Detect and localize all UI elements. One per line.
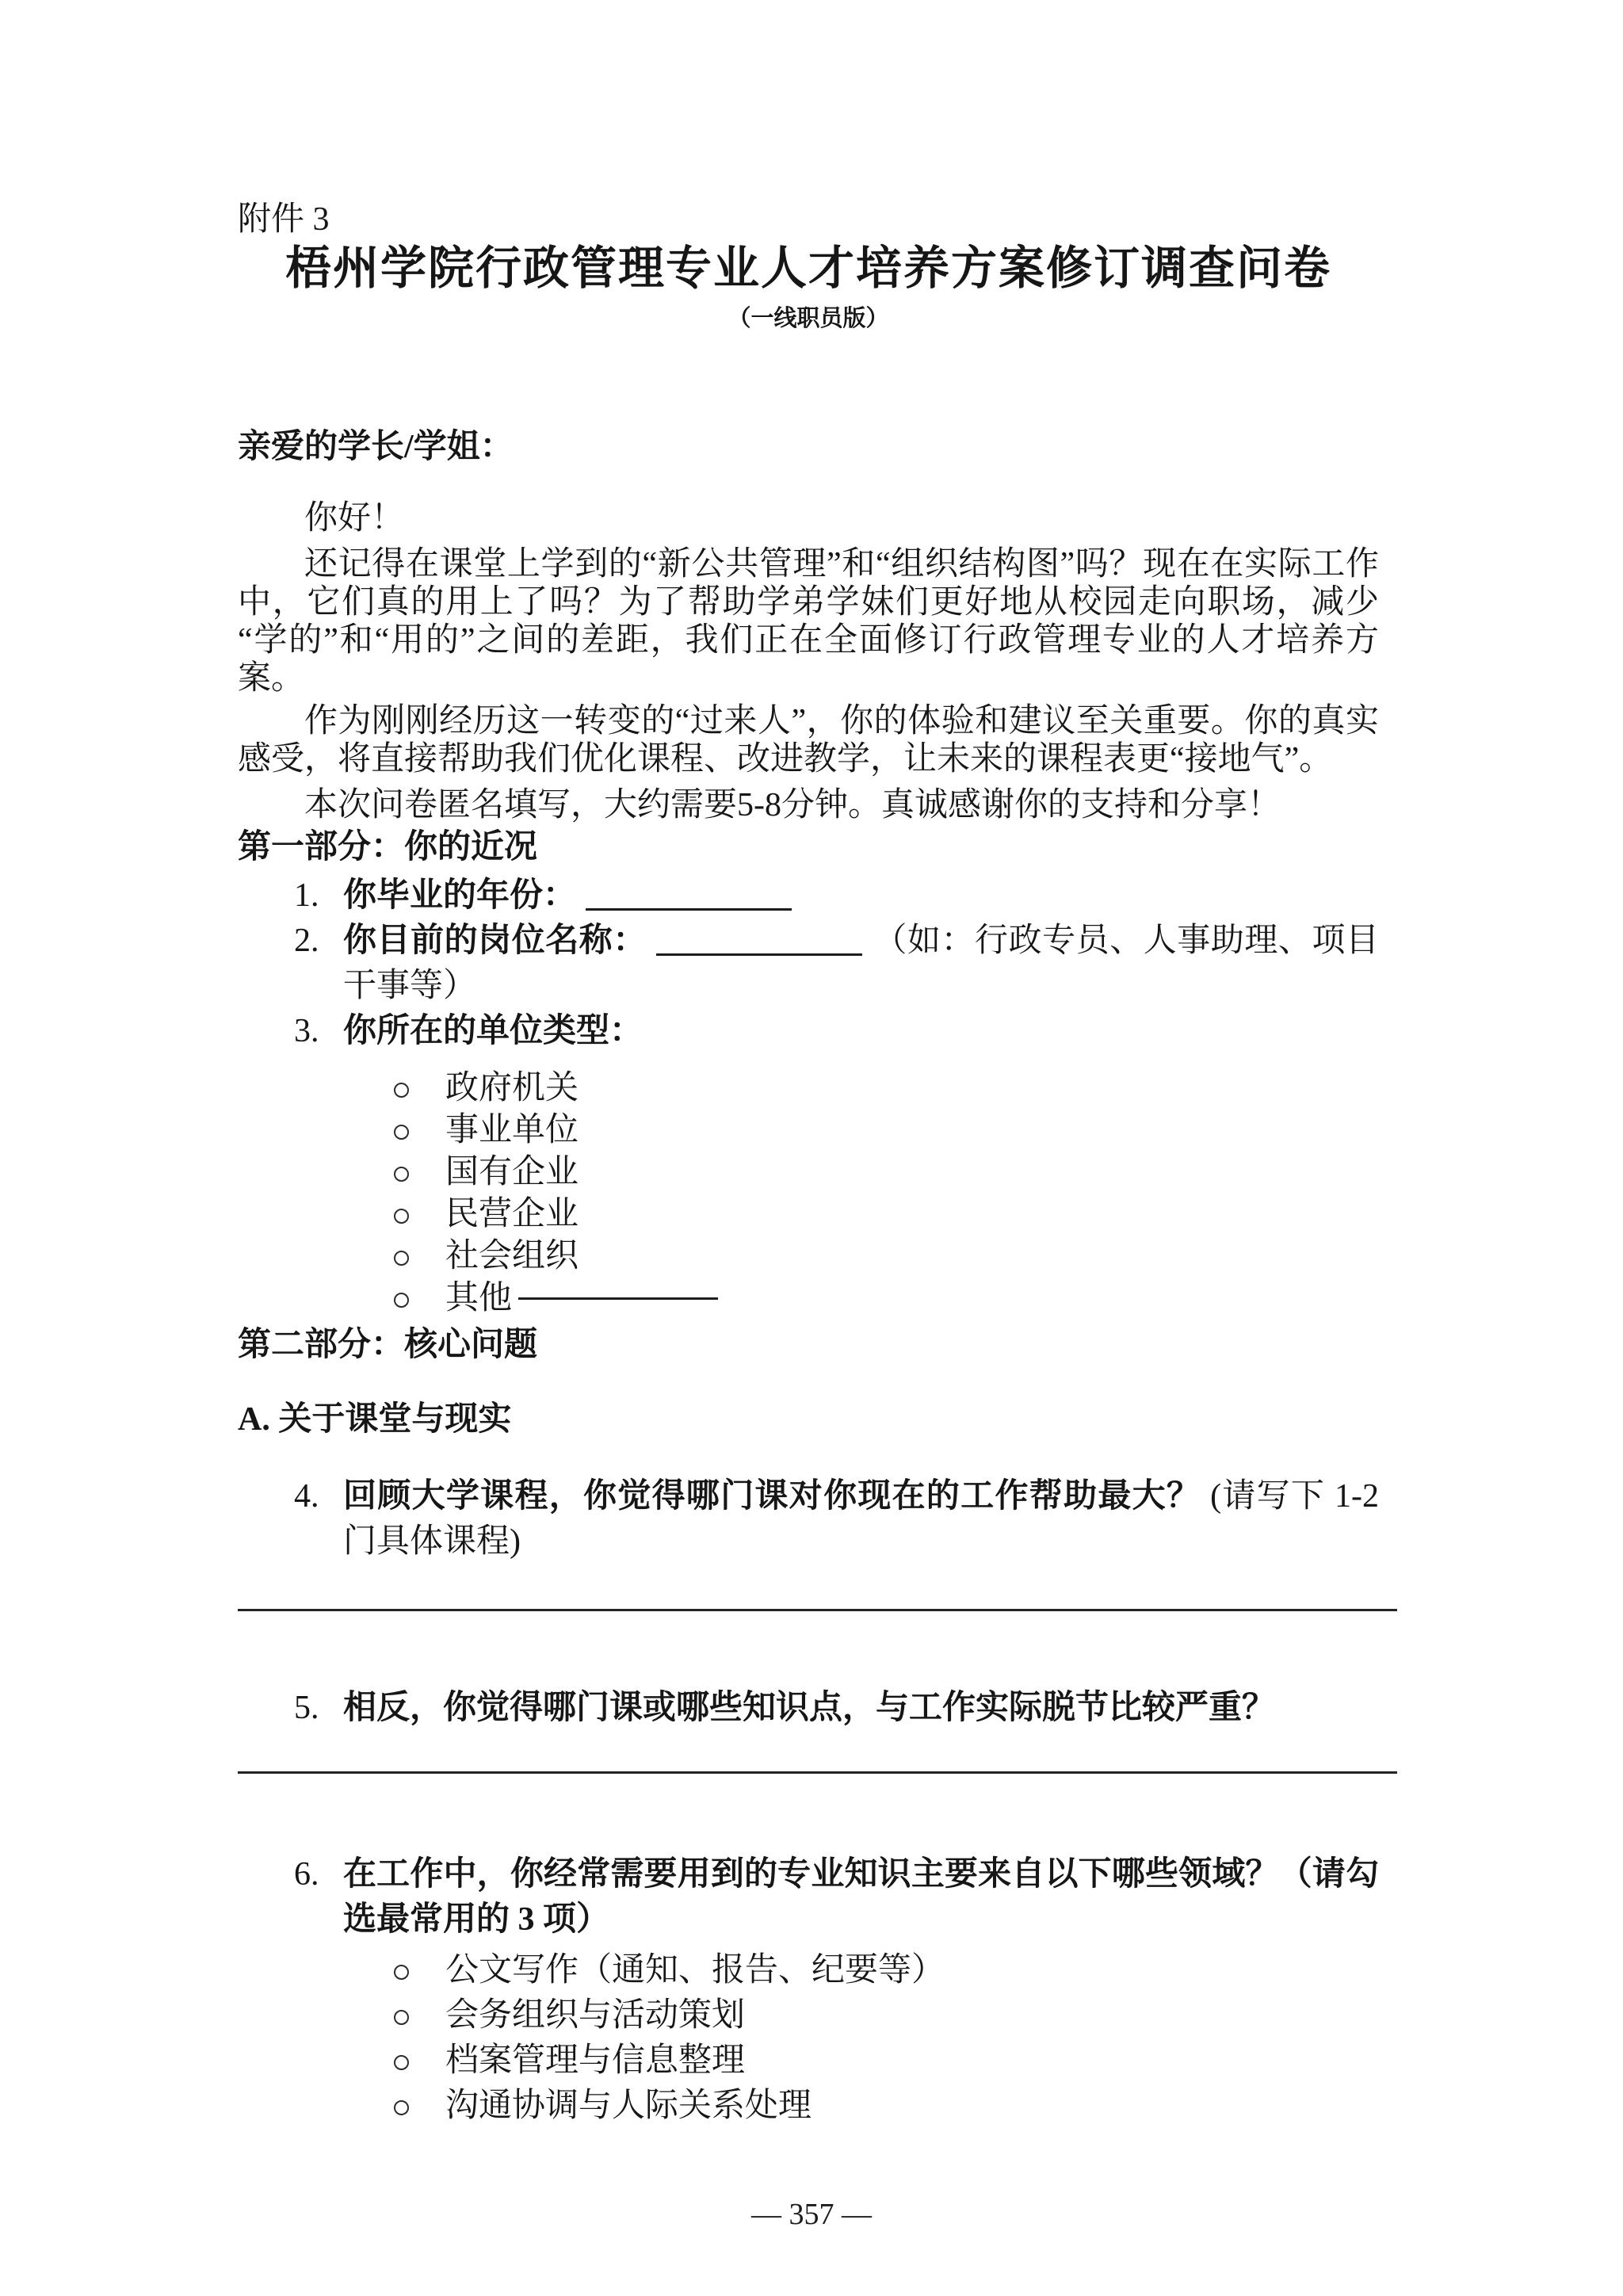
option-other: 其他 bbox=[394, 1278, 1379, 1320]
option-social-organization: 社会组织 bbox=[394, 1236, 1379, 1278]
radio-icon bbox=[394, 2100, 409, 2115]
radio-icon bbox=[394, 1209, 409, 1224]
option-meeting-organization: 会务组织与活动策划 bbox=[394, 1995, 1379, 2037]
answer-line-q4 bbox=[238, 1609, 1397, 1611]
question-1-label: 你毕业的年份： bbox=[343, 877, 576, 914]
question-4-number: 4. bbox=[294, 1474, 343, 1519]
answer-blank-job-title bbox=[656, 953, 862, 956]
intro-paragraph-2: 作为刚刚经历这一转变的“过来人”，你的体验和建议至关重要。你的真实感受，将直接帮… bbox=[238, 702, 1379, 778]
attachment-label: 附件 3 bbox=[238, 200, 1379, 239]
option-private-enterprise: 民营企业 bbox=[394, 1194, 1379, 1236]
question-3-number: 3. bbox=[294, 1009, 343, 1054]
question-2-number: 2. bbox=[294, 919, 343, 964]
question-4-text: 回顾大学课程，你觉得哪门课对你现在的工作帮助最大？ bbox=[343, 1478, 1201, 1515]
page-title: 梧州学院行政管理专业人才培养方案修订调查问卷 bbox=[238, 243, 1379, 295]
question-5-number: 5. bbox=[294, 1686, 343, 1731]
option-state-owned-enterprise: 国有企业 bbox=[394, 1152, 1379, 1194]
question-6-number: 6. bbox=[294, 1852, 343, 1897]
answer-line-q5 bbox=[238, 1771, 1397, 1774]
page-number: — 357 — bbox=[0, 2197, 1623, 2232]
radio-icon bbox=[394, 1125, 409, 1140]
option-label: 民营企业 bbox=[445, 1194, 579, 1236]
question-3-options: 政府机关 事业单位 国有企业 民营企业 社会组织 其他 bbox=[238, 1068, 1379, 1320]
option-label: 公文写作（通知、报告、纪要等） bbox=[445, 1950, 945, 1992]
page-subtitle: （一线职员版） bbox=[238, 304, 1379, 333]
part2-heading: 第二部分：核心问题 bbox=[238, 1326, 1379, 1364]
radio-icon bbox=[394, 1965, 409, 1980]
radio-icon bbox=[394, 1293, 409, 1308]
option-communication-coordination: 沟通协调与人际关系处理 bbox=[394, 2085, 1379, 2127]
intro-paragraph-1: 还记得在课堂上学到的“新公共管理”和“组织结构图”吗？现在在实际工作中，它们真的… bbox=[238, 545, 1379, 697]
option-label: 沟通协调与人际关系处理 bbox=[445, 2085, 811, 2127]
question-6-text: 在工作中，你经常需要用到的专业知识主要来自以下哪些领域？（请勾选最常用的 3 项… bbox=[343, 1856, 1379, 1938]
option-label: 国有企业 bbox=[445, 1152, 579, 1194]
intro-hello: 你好！ bbox=[238, 499, 1379, 537]
salutation: 亲爱的学长/学姐： bbox=[238, 428, 1379, 466]
question-1-number: 1. bbox=[294, 873, 343, 919]
option-label: 会务组织与活动策划 bbox=[445, 1995, 745, 2037]
intro-paragraph-3: 本次问卷匿名填写，大约需要5-8分钟。真诚感谢你的支持和分享！ bbox=[238, 786, 1379, 824]
question-2: 2. 你目前的岗位名称：（如：行政专员、人事助理、项目干事等） bbox=[294, 919, 1379, 1009]
question-3-label: 你所在的单位类型： bbox=[343, 1013, 643, 1049]
subsection-a-heading: A. 关于课堂与现实 bbox=[238, 1400, 1379, 1438]
option-document-writing: 公文写作（通知、报告、纪要等） bbox=[394, 1950, 1379, 1992]
question-5: 5. 相反，你觉得哪门课或哪些知识点，与工作实际脱节比较严重？ bbox=[294, 1686, 1379, 1731]
answer-blank-other bbox=[518, 1297, 718, 1300]
subsection-a-label: A. bbox=[238, 1401, 270, 1438]
option-label: 政府机关 bbox=[445, 1068, 579, 1110]
radio-icon bbox=[394, 1251, 409, 1266]
radio-icon bbox=[394, 1083, 409, 1098]
option-archive-management: 档案管理与信息整理 bbox=[394, 2040, 1379, 2082]
radio-icon bbox=[394, 2010, 409, 2025]
question-1: 1. 你毕业的年份： bbox=[294, 873, 1379, 919]
answer-blank-graduation-year bbox=[586, 908, 792, 911]
subsection-a-title: 关于课堂与现实 bbox=[278, 1401, 511, 1438]
radio-icon bbox=[394, 2055, 409, 2070]
option-label: 档案管理与信息整理 bbox=[445, 2040, 745, 2082]
question-2-label: 你目前的岗位名称： bbox=[343, 923, 647, 959]
question-4: 4. 回顾大学课程，你觉得哪门课对你现在的工作帮助最大？ (请写下 1-2 门具… bbox=[294, 1474, 1379, 1564]
option-public-institution: 事业单位 bbox=[394, 1110, 1379, 1152]
question-6-options: 公文写作（通知、报告、纪要等） 会务组织与活动策划 档案管理与信息整理 沟通协调… bbox=[238, 1950, 1379, 2127]
radio-icon bbox=[394, 1167, 409, 1182]
part1-heading: 第一部分：你的近况 bbox=[238, 828, 1379, 866]
document-content: 附件 3 梧州学院行政管理专业人才培养方案修订调查问卷 （一线职员版） 亲爱的学… bbox=[238, 0, 1379, 2130]
question-5-text: 相反，你觉得哪门课或哪些知识点，与工作实际脱节比较严重？ bbox=[343, 1690, 1275, 1726]
option-label: 其他 bbox=[445, 1278, 512, 1320]
option-label: 社会组织 bbox=[445, 1236, 579, 1278]
questionnaire-page: 附件 3 梧州学院行政管理专业人才培养方案修订调查问卷 （一线职员版） 亲爱的学… bbox=[0, 0, 1623, 2296]
question-6: 6. 在工作中，你经常需要用到的专业知识主要来自以下哪些领域？（请勾选最常用的 … bbox=[294, 1852, 1379, 1943]
question-3: 3. 你所在的单位类型： bbox=[294, 1009, 1379, 1054]
option-government-agency: 政府机关 bbox=[394, 1068, 1379, 1110]
option-label: 事业单位 bbox=[445, 1110, 579, 1152]
